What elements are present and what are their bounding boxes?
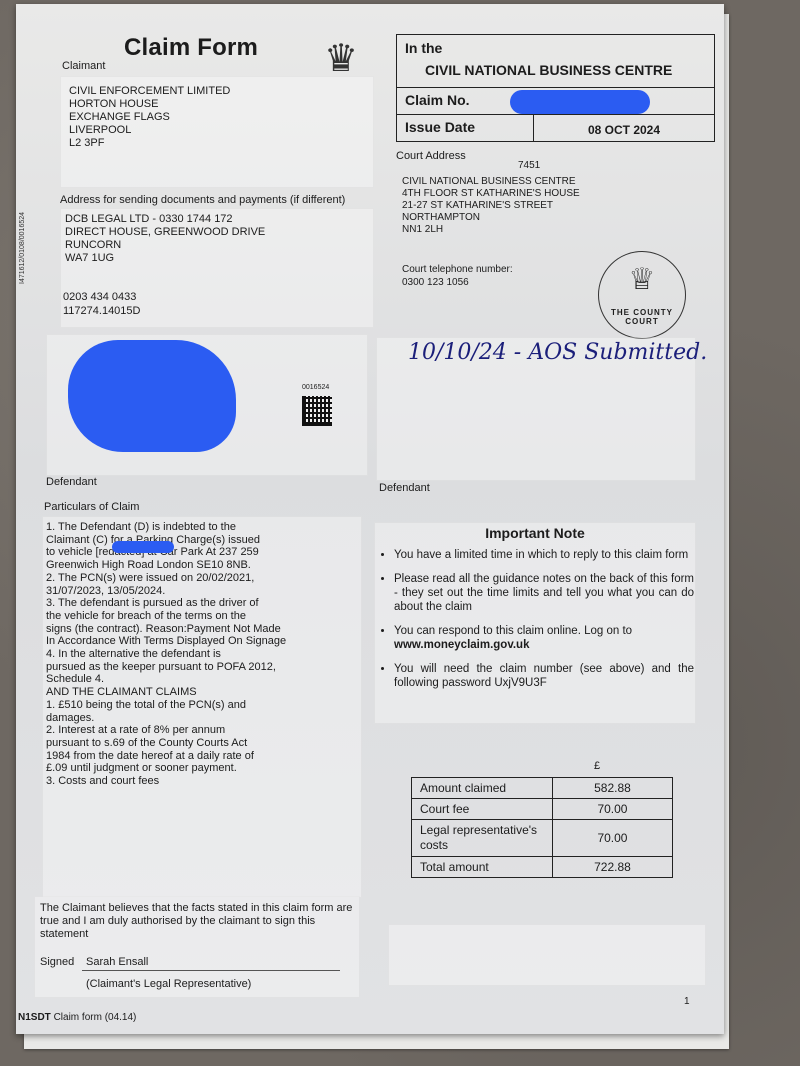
- amounts-table: Amount claimed582.88 Court fee70.00 Lega…: [411, 777, 673, 878]
- barcode-number: 0016524: [302, 384, 329, 391]
- service-phone: 0203 434 0433: [63, 291, 136, 304]
- service-address-box: DCB LEGAL LTD - 0330 1744 172 DIRECT HOU…: [60, 208, 374, 328]
- court-phone: 0300 123 1056: [402, 277, 469, 289]
- defendant-label: Defendant: [46, 476, 97, 489]
- form-footer: N1SDT Claim form (04.14): [18, 1012, 136, 1023]
- table-row: Amount claimed582.88: [412, 778, 673, 799]
- service-reference: 117274.14015D: [63, 305, 140, 318]
- important-note: Important Note You have a limited time i…: [376, 526, 694, 700]
- declaration-statement: The Claimant believes that the facts sta…: [40, 902, 355, 941]
- important-note-title: Important Note: [376, 526, 694, 540]
- defendant-label-right: Defendant: [379, 482, 430, 495]
- claimant-label: Claimant: [62, 60, 105, 73]
- court-phone-label: Court telephone number:: [402, 264, 513, 276]
- court-address: CIVIL NATIONAL BUSINESS CENTRE 4TH FLOOR…: [402, 176, 580, 236]
- court-name: CIVIL NATIONAL BUSINESS CENTRE: [397, 56, 714, 78]
- signed-label: Signed: [40, 956, 74, 969]
- blank-box: [388, 924, 706, 986]
- claimant-box: CIVIL ENFORCEMENT LIMITED HORTON HOUSE E…: [60, 76, 374, 188]
- particulars-text: 1. The Defendant (D) is indebted to the …: [46, 521, 346, 788]
- county-court-seal: ♕ THE COUNTY COURT: [598, 251, 686, 339]
- court-details-table: In the CIVIL NATIONAL BUSINESS CENTRE Cl…: [396, 34, 715, 142]
- table-row: Court fee70.00: [412, 799, 673, 820]
- claimant-address: CIVIL ENFORCEMENT LIMITED HORTON HOUSE E…: [61, 77, 373, 150]
- form-title: Claim Form: [124, 34, 258, 62]
- issue-date-label: Issue Date: [397, 115, 534, 141]
- in-the-label: In the: [397, 35, 714, 56]
- issue-date-value: 08 OCT 2024: [534, 115, 714, 141]
- note-bullet: Please read all the guidance notes on th…: [394, 572, 694, 614]
- datamatrix-barcode: [302, 396, 332, 426]
- note-bullet: You will need the claim number (see abov…: [394, 662, 694, 690]
- crown-icon: ♕: [599, 262, 685, 297]
- claim-no-redaction: [510, 90, 650, 114]
- claim-form-page: I471612/0108/0016524 Claim Form ♛ Claima…: [16, 4, 724, 1034]
- page-number: 1: [684, 996, 690, 1008]
- note-bullet: You can respond to this claim online. Lo…: [394, 624, 694, 652]
- form-code-label: Claim form (04.14): [54, 1012, 137, 1023]
- note-bullet: You have a limited time in which to repl…: [394, 548, 694, 562]
- service-address-label: Address for sending documents and paymen…: [60, 194, 345, 207]
- table-row: Total amount722.88: [412, 857, 673, 878]
- service-address: DCB LEGAL LTD - 0330 1744 172 DIRECT HOU…: [61, 209, 373, 265]
- signatory-name: Sarah Ensall: [86, 956, 148, 969]
- court-code: 7451: [518, 160, 540, 172]
- vehicle-registration-redaction: [112, 541, 174, 553]
- edge-reference: I471612/0108/0016524: [19, 212, 26, 284]
- signature-line: [82, 970, 340, 971]
- defendant-redaction: [68, 340, 236, 452]
- handwritten-note: 10/10/24 - AOS Submitted.: [408, 340, 707, 365]
- moneyclaim-link[interactable]: www.moneyclaim.gov.uk: [394, 639, 529, 651]
- particulars-label: Particulars of Claim: [44, 501, 139, 514]
- currency-symbol: £: [594, 760, 600, 773]
- signatory-capacity: (Claimant's Legal Representative): [86, 978, 251, 991]
- court-address-label: Court Address: [396, 150, 466, 163]
- table-row: Legal representative's costs70.00: [412, 820, 673, 857]
- form-code: N1SDT: [18, 1012, 51, 1023]
- seal-text: THE COUNTY COURT: [599, 308, 685, 326]
